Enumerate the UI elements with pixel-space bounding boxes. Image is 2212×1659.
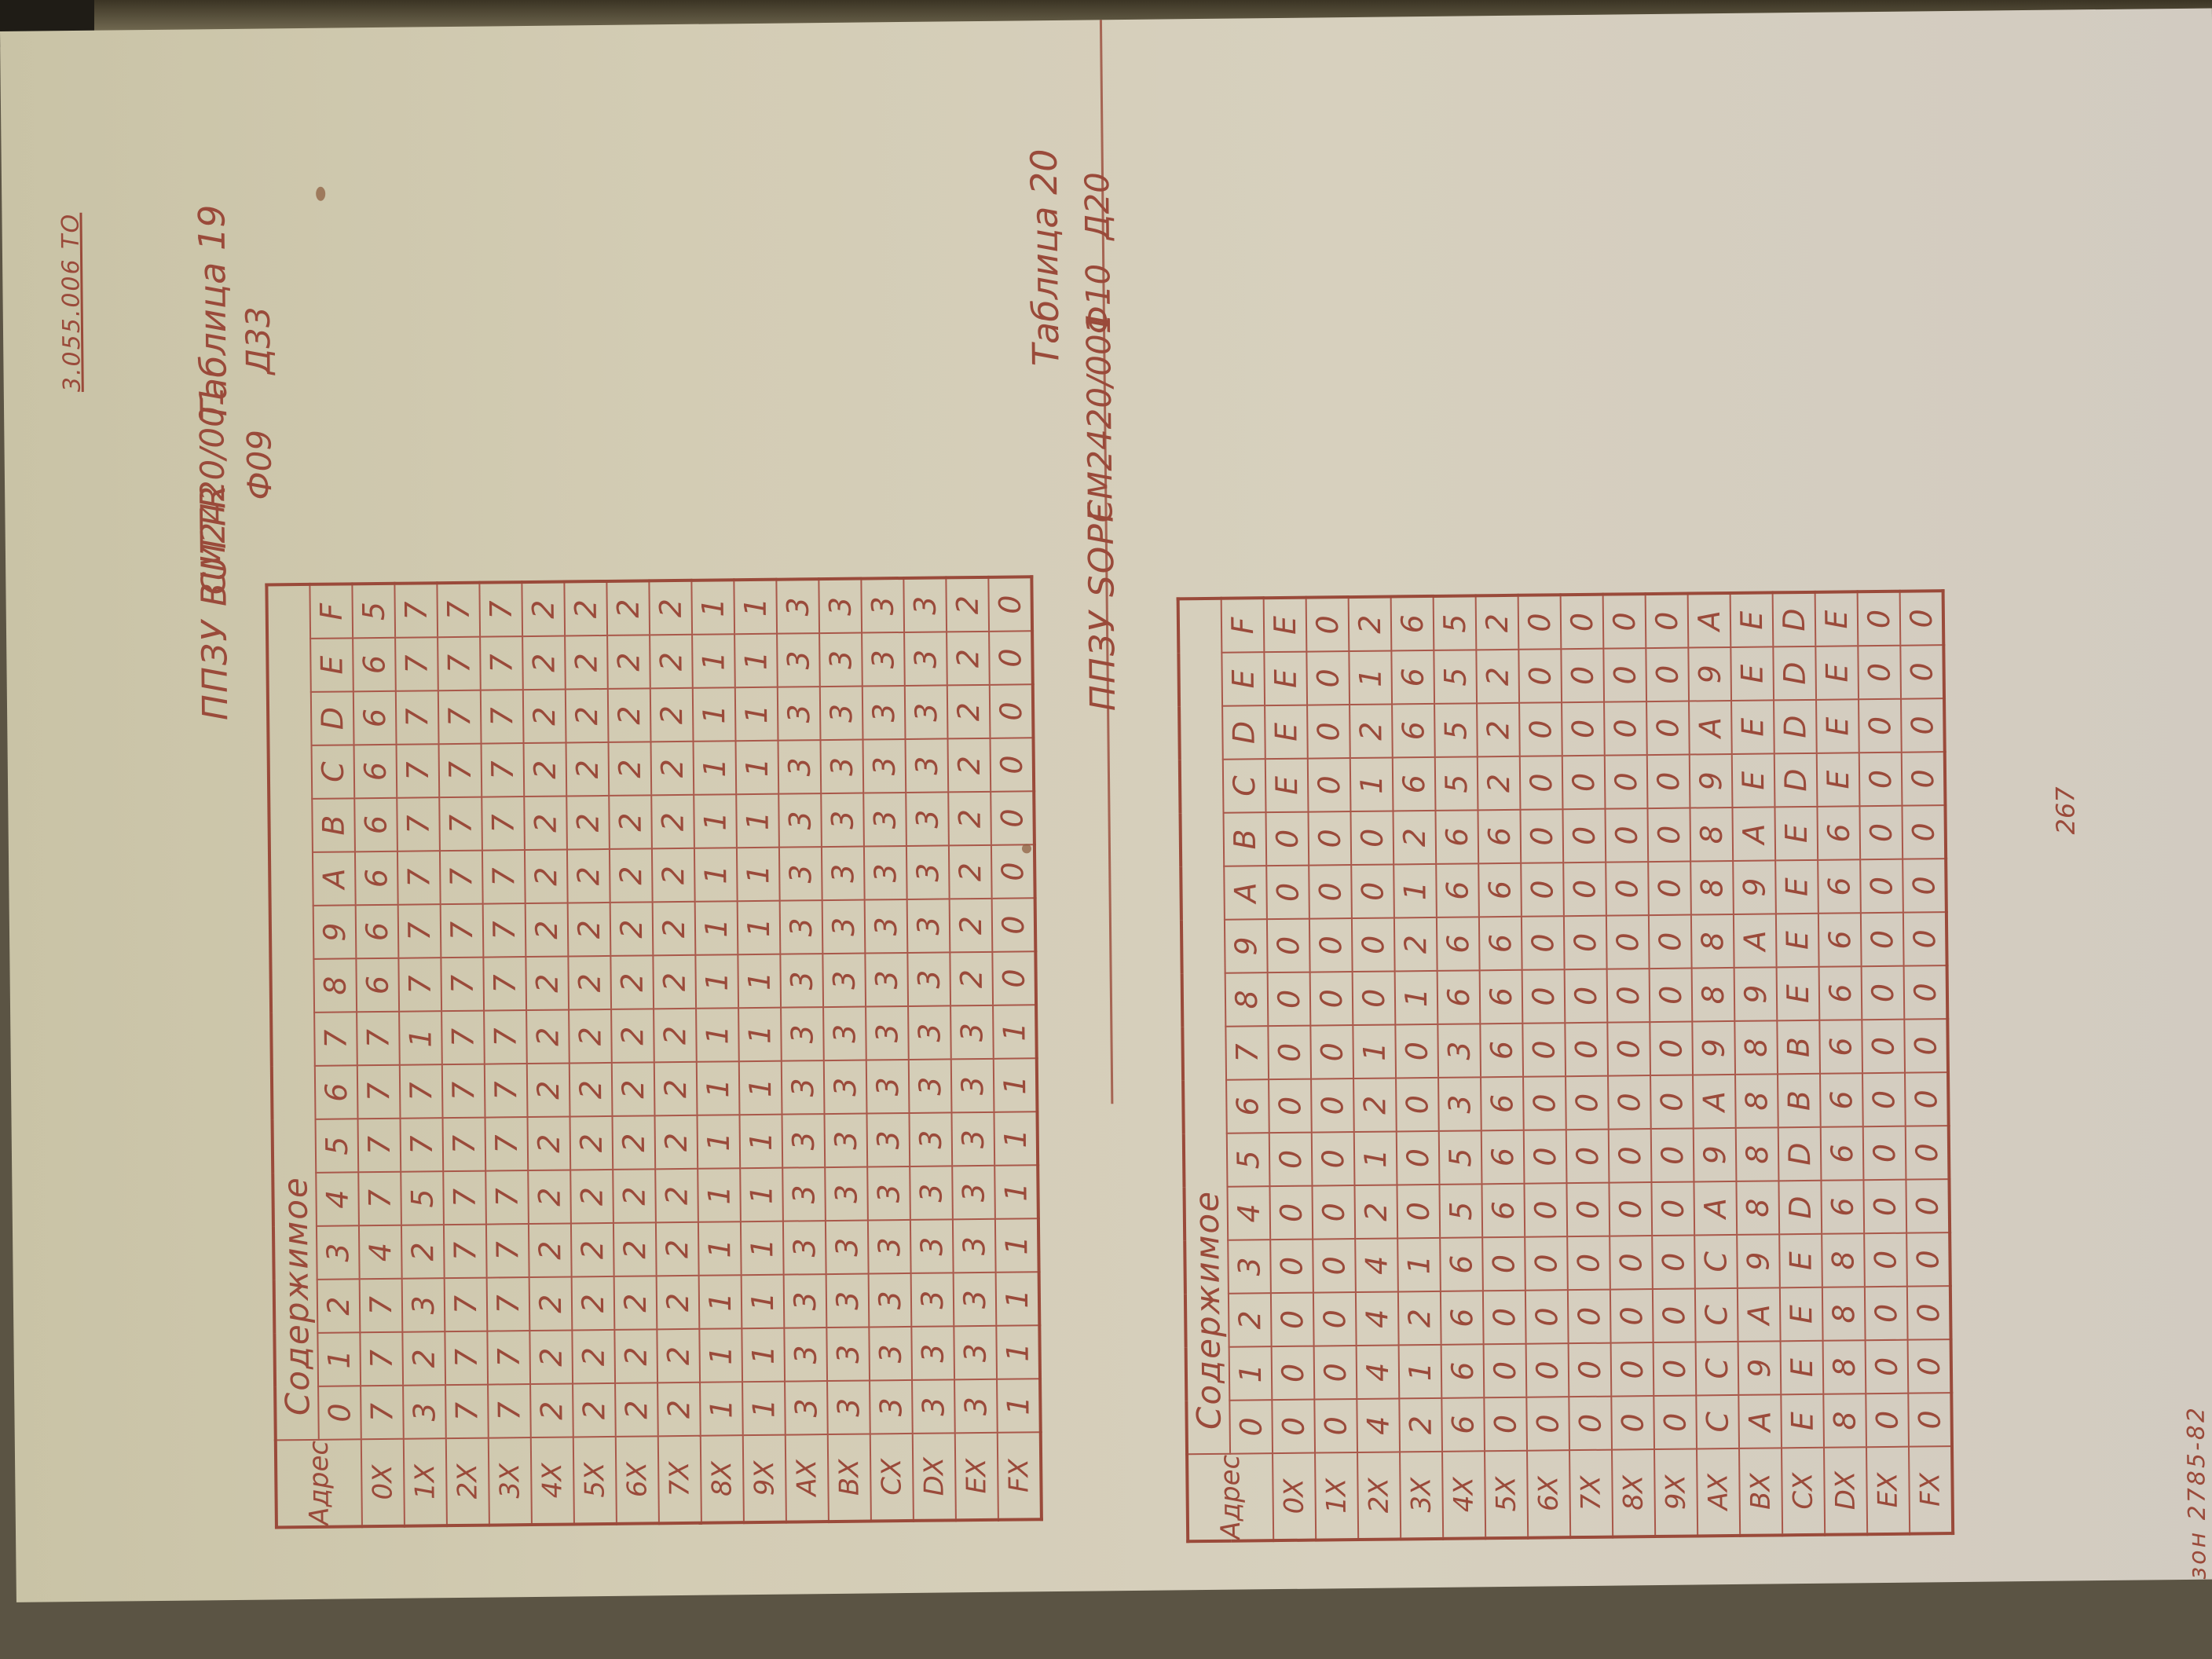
table-cell: 6 [1440, 1237, 1483, 1291]
table-cell: 4 [359, 1225, 402, 1280]
table-cell: 3 [909, 1112, 952, 1166]
table-cell: 1 [734, 580, 777, 635]
table-cell: 0 [1908, 1339, 1952, 1393]
table-cell: 0 [1611, 1342, 1654, 1397]
table-cell: 2 [654, 1009, 697, 1063]
table-cell: 0 [1562, 702, 1605, 756]
table-cell: 0 [1524, 1183, 1567, 1237]
table-cell: 1 [993, 1005, 1037, 1059]
table-cell: 7 [361, 1386, 404, 1440]
table-cell: 0 [1524, 1130, 1567, 1184]
table-cell: 7 [444, 1225, 487, 1279]
table-cell: 0 [1651, 1129, 1694, 1183]
table-cell: 0 [1563, 862, 1606, 917]
table-cell: 2 [527, 1064, 570, 1118]
table-cell: 7 [445, 1385, 489, 1439]
table-cell: 0 [1901, 698, 1945, 753]
table-cell: 1 [740, 1168, 783, 1222]
table-cell: 7 [437, 583, 480, 638]
table-cell: 2 [651, 742, 694, 796]
table-cell: 0 [1900, 591, 1944, 646]
table-cell: 0 [1561, 649, 1604, 703]
table-cell: 3 [778, 740, 822, 794]
table-cell: 7 [487, 1331, 530, 1385]
table-cell: 0 [1350, 811, 1393, 866]
table-cell: 0 [1603, 594, 1646, 649]
table-cell: 7 [438, 637, 481, 691]
table-cell: 6 [1481, 1077, 1524, 1131]
table-cell: 0 [1564, 916, 1607, 970]
table-cell: 2 [1350, 705, 1393, 759]
table-cell: 6 [354, 798, 397, 852]
table-cell: 5 [1439, 1130, 1482, 1185]
table-cell: 0 [1859, 806, 1903, 860]
table-cell: 7 [397, 744, 440, 798]
table-cell: 0 [1646, 594, 1689, 649]
table-cell: C [1696, 1395, 1739, 1449]
table-cell: 6 [1436, 863, 1479, 917]
table-cell: 0 [1308, 811, 1351, 866]
table-cell: 1 [698, 1221, 742, 1276]
stain [316, 187, 325, 201]
column-header: 6 [1226, 1079, 1269, 1133]
table-cell: 2 [522, 636, 566, 690]
table-cell: A [1688, 593, 1731, 648]
table-cell: 3 [951, 1112, 994, 1166]
table-cell: 6 [1391, 596, 1434, 651]
table-cell: 0 [1902, 752, 1946, 806]
table-cell: 0 [1562, 809, 1606, 863]
table-cell: 5 [401, 1171, 444, 1225]
table-cell: 1 [1393, 864, 1437, 918]
table-cell: 0 [1313, 1239, 1356, 1293]
table-cell: 2 [655, 1115, 698, 1170]
table-cell: 0 [1565, 1023, 1608, 1077]
table-cell: 0 [1650, 1075, 1694, 1130]
table-cell: 0 [1526, 1397, 1569, 1451]
table-cell: 8 [1692, 968, 1735, 1022]
table-cell: 2 [650, 635, 693, 689]
table-cell: 7 [398, 904, 441, 958]
table-cell: 3 [865, 899, 908, 954]
table-cell: 0 [1905, 1072, 1949, 1126]
table-cell: 0 [1521, 862, 1564, 917]
table-cell: 0 [1269, 1133, 1313, 1187]
table-19-part: СМ2420/001 [192, 385, 233, 595]
table-cell: 0 [1858, 591, 1901, 646]
table-cell: 3 [825, 1167, 868, 1221]
table-cell: 0 [1351, 865, 1394, 919]
table-cell: 7 [486, 1224, 529, 1278]
table-cell: 1 [694, 794, 737, 848]
table-cell: 0 [1607, 1022, 1650, 1076]
table-cell: 0 [1650, 969, 1693, 1023]
table-cell: 0 [1865, 1287, 1908, 1341]
table-cell: C [1694, 1235, 1738, 1289]
column-header: 3 [317, 1225, 360, 1280]
table-cell: 0 [1651, 1182, 1694, 1236]
table-cell: 0 [1862, 1020, 1905, 1074]
table-cell: 0 [1860, 859, 1903, 914]
table-cell: 3 [826, 1328, 870, 1382]
table-cell: 2 [614, 1276, 657, 1330]
table-cell: E [1264, 598, 1307, 653]
table-cell: 0 [1862, 1073, 1906, 1127]
table-cell: 0 [1862, 966, 1905, 1020]
table-cell: 0 [1611, 1396, 1654, 1450]
table-cell: 0 [1353, 972, 1396, 1026]
table-cell: 5 [1439, 1184, 1482, 1238]
table-cell: 3 [827, 1381, 870, 1435]
table-cell: 8 [1691, 914, 1734, 969]
table-cell: 2 [610, 848, 653, 903]
column-header: 2 [317, 1279, 361, 1333]
column-header: 8 [313, 958, 357, 1013]
table-cell: 3 [826, 1221, 869, 1275]
table-cell: 1 [994, 1111, 1038, 1166]
table-cell: 6 [1480, 1024, 1523, 1078]
table-cell: 7 [443, 1171, 486, 1225]
column-header: B [312, 798, 355, 852]
table-cell: 0 [1306, 597, 1350, 652]
table-cell: 7 [482, 743, 525, 797]
table-cell: 2 [1349, 597, 1392, 652]
column-header: 2 [1229, 1293, 1272, 1347]
table-cell: 2 [947, 685, 991, 739]
table-cell: 3 [776, 579, 819, 634]
table-cell: 8 [1823, 1340, 1866, 1394]
table-cell: 3 [952, 1166, 995, 1220]
table-cell: 2 [401, 1225, 445, 1279]
table-cell: 0 [990, 684, 1034, 738]
table-cell: D [1774, 753, 1818, 808]
table-cell: 0 [1906, 1126, 1950, 1180]
table-cell: 2 [607, 635, 650, 689]
table-cell: 1 [995, 1218, 1039, 1273]
table-cell: 6 [356, 958, 399, 1013]
table-cell: 0 [1309, 918, 1353, 972]
table-cell: 2 [528, 1170, 571, 1225]
table-cell: 6 [1821, 1180, 1864, 1234]
table-cell: 2 [613, 1115, 656, 1170]
table-cell: 3 [869, 1273, 912, 1328]
column-header: 9 [313, 905, 357, 959]
table-cell: 0 [1314, 1399, 1357, 1453]
table-cell: 2 [564, 581, 607, 636]
table-cell: 2 [612, 1062, 655, 1116]
table-cell: 0 [1606, 915, 1650, 969]
table-cell: 7 [480, 636, 523, 690]
table-cell: 7 [484, 1010, 527, 1064]
table-cell: 2 [947, 632, 990, 686]
table-cell: 6 [1819, 966, 1862, 1020]
table-cell: 7 [358, 1119, 401, 1173]
table-cell: 0 [1566, 1076, 1609, 1130]
table-cell: 4 [1357, 1345, 1400, 1399]
table-cell: 0 [1310, 1025, 1353, 1079]
table-cell: 3 [863, 739, 906, 793]
table-cell: 3 [866, 1006, 909, 1060]
table-cell: 0 [1395, 1024, 1438, 1079]
table-cell: 7 [483, 957, 526, 1011]
table-cell: 0 [1272, 1400, 1315, 1454]
table-cell: 7 [400, 1064, 443, 1119]
table-cell: 2 [608, 688, 651, 742]
table-cell: 2 [610, 902, 654, 956]
table-19-fcode: Ф09 [240, 430, 279, 500]
table-cell: 7 [441, 904, 484, 958]
table-cell: 6 [353, 638, 396, 692]
table-cell: 0 [1306, 651, 1350, 705]
table-cell: 2 [568, 903, 611, 957]
table-cell: 1 [739, 1061, 782, 1115]
table-cell: E [1264, 652, 1307, 706]
table-cell: 0 [1561, 595, 1604, 650]
table-cell: 0 [1604, 701, 1647, 756]
table-cell: E [1816, 699, 1859, 753]
table-cell: 2 [572, 1330, 615, 1384]
table-cell: E [1732, 753, 1775, 808]
table-cell: 6 [355, 851, 398, 906]
table-cell: 2 [1353, 1078, 1397, 1132]
table-20-label: Таблица 20 [1023, 148, 1068, 366]
table-cell: 2 [657, 1329, 700, 1383]
table-cell: 3 [905, 738, 948, 793]
table-cell: 1 [742, 1382, 786, 1436]
table-cell: 3 [784, 1274, 827, 1328]
table-cell: 0 [1904, 965, 1948, 1020]
table-cell: 4 [1357, 1398, 1400, 1452]
table-cell: 2 [1476, 650, 1519, 704]
table-cell: 7 [401, 1118, 444, 1172]
table-cell: 3 [819, 633, 862, 687]
table-cell: 0 [1859, 753, 1903, 807]
table-cell: 0 [1646, 701, 1690, 756]
column-header: C [312, 745, 355, 799]
table-cell: 0 [1606, 862, 1649, 916]
table-cell: 1 [742, 1275, 785, 1329]
table-cell: 7 [394, 583, 438, 638]
table-cell: 0 [1610, 1236, 1653, 1290]
table-cell: 0 [1902, 805, 1946, 859]
table-cell: 3 [953, 1219, 996, 1273]
table-cell: 3 [1438, 1077, 1481, 1131]
table-cell: 0 [1653, 1289, 1696, 1343]
document-code: 3.055.006 ТО [57, 213, 86, 393]
table-cell: 7 [482, 797, 525, 851]
table-cell: 7 [487, 1277, 530, 1331]
table-cell: 6 [1821, 1126, 1864, 1181]
column-header: 7 [314, 1012, 357, 1066]
table-cell: 7 [397, 797, 440, 851]
table-cell: 0 [1566, 1183, 1610, 1237]
table-cell: 0 [1314, 1346, 1357, 1400]
table-cell: A [1732, 807, 1775, 861]
table-cell: E [1779, 1234, 1822, 1288]
table-cell: 2 [523, 690, 566, 744]
table-cell: 3 [782, 1114, 825, 1168]
table-cell: 1 [736, 794, 779, 848]
table-cell: 0 [1603, 648, 1646, 702]
table-cell: 0 [1484, 1344, 1527, 1398]
table-cell: 2 [950, 899, 993, 953]
table-cell: 1 [742, 1328, 785, 1382]
table-cell: 7 [479, 582, 522, 637]
table-cell: 7 [439, 744, 482, 798]
table-cell: 3 [821, 793, 864, 848]
table-cell: 7 [360, 1279, 403, 1333]
table-cell: 3 [820, 687, 863, 741]
table-cell: 0 [1654, 1396, 1697, 1450]
table-cell: 6 [1392, 704, 1435, 758]
table-cell: 0 [1904, 1019, 1948, 1073]
table-cell: 3 [866, 1060, 910, 1114]
table-cell: 7 [396, 690, 439, 745]
table-cell: E [1775, 860, 1818, 914]
table-cell: 8 [1822, 1233, 1865, 1287]
table-cell: 2 [1394, 917, 1437, 972]
table-cell: 3 [863, 793, 906, 847]
column-header: E [1221, 652, 1265, 706]
table-cell: 3 [822, 954, 866, 1008]
table-cell: 0 [1906, 1179, 1950, 1233]
table-cell: 8 [1735, 1074, 1778, 1128]
table-cell: 0 [1312, 1185, 1355, 1240]
table-cell: 0 [1605, 755, 1648, 809]
table-cell: 1 [736, 741, 779, 795]
table-cell: E [1265, 705, 1308, 760]
table-cell: 3 [867, 1166, 910, 1221]
table-cell: D [1778, 1127, 1822, 1181]
table-cell: 1 [996, 1325, 1040, 1379]
table-20-fcode: Ф10 [1079, 264, 1118, 335]
table-cell: 2 [1393, 811, 1436, 865]
table-cell: 1 [1399, 1345, 1442, 1399]
table-cell: 7 [395, 637, 438, 691]
table-cell: 6 [1818, 859, 1861, 914]
table-cell: 9 [1733, 860, 1776, 914]
table-cell: 0 [1397, 1131, 1440, 1185]
table-cell: 3 [403, 1385, 446, 1439]
table-cell: 7 [488, 1384, 531, 1438]
table-cell: 1 [694, 741, 737, 795]
table-cell: 0 [989, 631, 1033, 685]
table-cell: 2 [568, 956, 611, 1010]
table-cell: 6 [356, 905, 399, 959]
table-cell: 6 [354, 745, 397, 799]
table-cell: 6 [1435, 810, 1478, 864]
table-cell: 1 [1350, 758, 1393, 812]
table-cell: 2 [525, 850, 568, 904]
table-cell: 0 [1866, 1340, 1909, 1394]
table-cell: 3 [910, 1166, 953, 1220]
table-cell: 1 [697, 1061, 740, 1115]
table-cell: 2 [1476, 595, 1519, 650]
table-cell: 2 [950, 952, 993, 1006]
column-header: 1 [1229, 1346, 1273, 1401]
table-cell: 1 [700, 1382, 743, 1436]
table-cell: 8 [1690, 808, 1733, 862]
table-cell: 0 [1569, 1397, 1612, 1451]
column-header: 8 [1225, 972, 1269, 1027]
table-cell: A [1734, 914, 1777, 968]
table-cell: C [1696, 1342, 1739, 1396]
table-cell: 0 [1483, 1291, 1526, 1345]
table-cell: 0 [1307, 705, 1350, 759]
table-cell: 1 [695, 954, 738, 1009]
table-cell: 2 [948, 792, 991, 846]
table-cell: 1 [737, 848, 780, 902]
table-cell: 2 [655, 1169, 698, 1223]
table-cell: 3 [865, 953, 908, 1007]
table-cell: 0 [992, 951, 1036, 1005]
table-cell: 0 [1569, 1343, 1612, 1397]
table-cell: 0 [1647, 755, 1690, 809]
table-cell: 2 [526, 1010, 569, 1064]
table-cell: 1 [699, 1328, 742, 1382]
table-cell: 7 [357, 1065, 401, 1119]
table-cell: 0 [1866, 1393, 1909, 1448]
table-cell: 3 [907, 952, 950, 1006]
table-cell: 1 [734, 634, 778, 688]
column-header: 4 [316, 1172, 359, 1226]
table-cell: 5 [1434, 650, 1477, 704]
table-cell: D [1774, 700, 1817, 754]
column-header: 3 [1228, 1240, 1271, 1294]
table-cell: 0 [1863, 1126, 1906, 1181]
table-cell: 9 [1738, 1341, 1782, 1395]
column-header: A [1224, 866, 1267, 920]
table-cell: 2 [1399, 1398, 1442, 1452]
table-cell: 3 [782, 1167, 826, 1221]
table-cell: 4 [1356, 1291, 1399, 1346]
table-cell: 3 [911, 1273, 954, 1327]
table-cell: 2 [652, 848, 695, 903]
table-cell: 2 [522, 582, 565, 637]
table-cell: 3 [950, 1005, 994, 1060]
table-cell: 3 [904, 632, 947, 686]
table-cell: 2 [570, 1170, 613, 1224]
table-cell: 7 [360, 1332, 403, 1386]
table-cell: 2 [615, 1382, 658, 1437]
table-cell: 7 [445, 1331, 488, 1386]
table-cell: E [1777, 967, 1820, 1021]
table-cell: 2 [529, 1276, 573, 1331]
table-cell: 0 [1650, 1022, 1693, 1076]
table-cell: 0 [1562, 756, 1606, 810]
table-cell: 2 [572, 1276, 615, 1331]
table-cell: 0 [1903, 912, 1947, 966]
table-cell: 3 [780, 954, 823, 1008]
table-cell: 1 [994, 1165, 1038, 1219]
table-cell: 0 [1271, 1293, 1314, 1347]
table-cell: 0 [1522, 969, 1566, 1024]
table-cell: 0 [1519, 702, 1562, 756]
table-cell: 3 [819, 579, 862, 634]
table-cell: 0 [1482, 1237, 1525, 1291]
table-cell: 7 [443, 1118, 486, 1172]
table-cell: 3 [910, 1219, 954, 1273]
table-cell: 8 [1734, 1020, 1778, 1075]
table-cell: D [1778, 1181, 1822, 1235]
table-cell: 2 [529, 1224, 572, 1278]
table-20-part: СМ2420/001 [1079, 313, 1120, 522]
table-cell: 1 [1353, 1024, 1396, 1079]
table-cell: 3 [868, 1220, 911, 1274]
table-cell: A [1693, 1075, 1736, 1129]
table-cell: 5 [1434, 703, 1478, 757]
table-cell: 3 [823, 1007, 866, 1061]
